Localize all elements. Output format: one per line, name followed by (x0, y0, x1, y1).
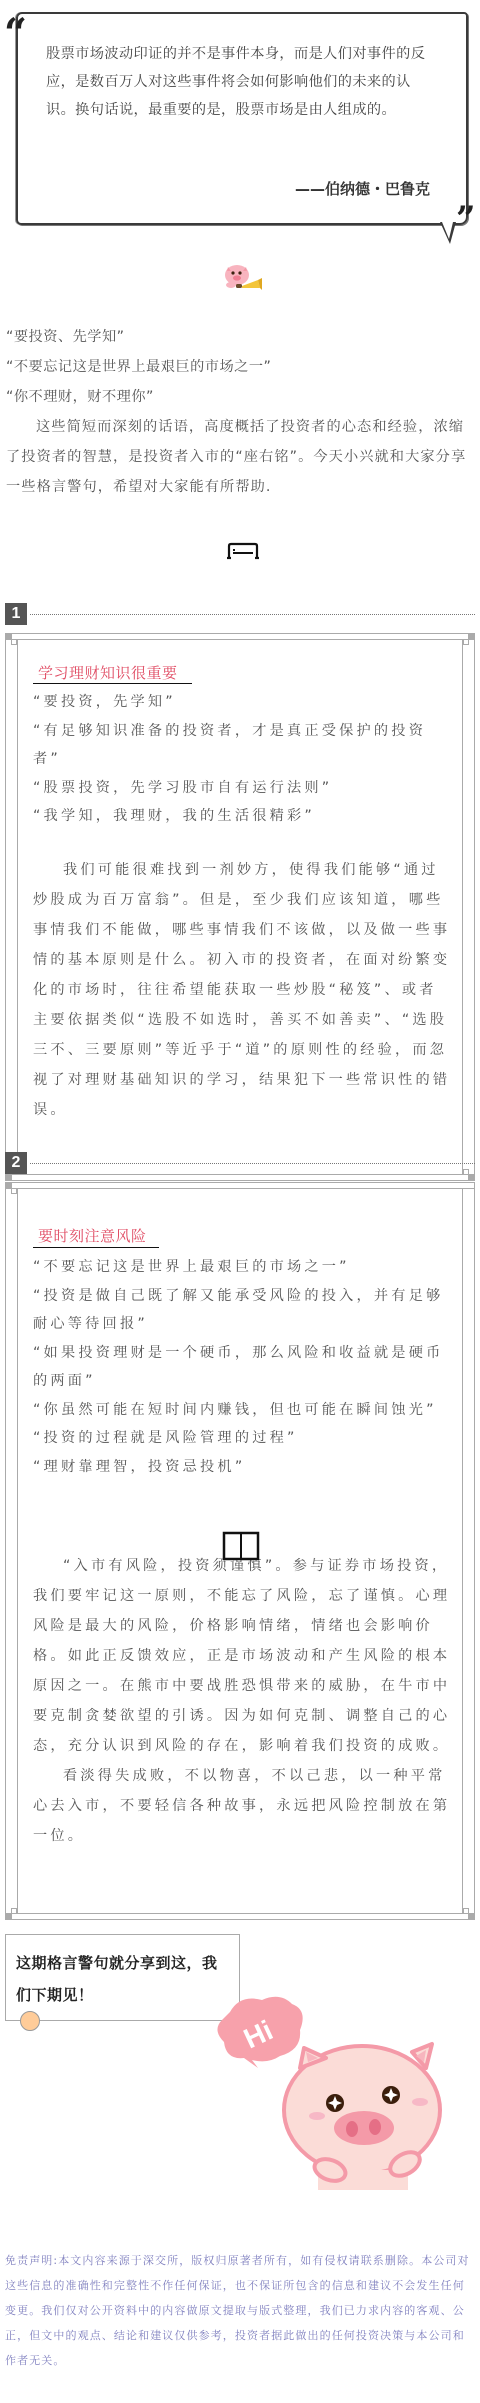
corner-ornament (11, 639, 17, 645)
corner-ornament (463, 1169, 469, 1175)
quote-line: “要投资，先学知” (33, 688, 453, 717)
corner-ornament (11, 1188, 17, 1194)
open-book-icon (222, 1531, 260, 1561)
section-number-badge: 1 (5, 603, 27, 625)
quote-text: 股票市场波动印证的并不是事件本身，而是人们对事件的反应，是数百万人对这些事件将会… (46, 40, 426, 124)
section-paragraph: “入市有风险，投资须谨慎”。参与证券市场投资，我们要牢记这一原则，不能忘了风险，… (33, 1551, 453, 1761)
intro-paragraph: 这些简短而深刻的话语，高度概括了投资者的心态和经验，浓缩了投资者的智慧，是投资者… (6, 412, 474, 502)
closing-dot (20, 2011, 40, 2031)
bubble-tail-inner (442, 222, 453, 239)
dotted-rule (30, 1163, 475, 1164)
corner-ornament (463, 1908, 469, 1914)
quote-line: “投资的过程就是风险管理的过程” (33, 1424, 453, 1453)
quote-line: “我学知，我理财，我的生活很精彩” (33, 802, 453, 831)
disclaimer: 免责声明:本文内容来源于深交所，版权归原著者所有，如有侵权请联系删除。本公司对这… (5, 2248, 475, 2373)
title-underline (33, 1247, 159, 1248)
intro-saying: “要投资、先学知” (6, 322, 474, 352)
intro: “要投资、先学知” “不要忘记这是世界上最艰巨的市场之一” “你不理财，财不理你… (6, 322, 474, 502)
section-1-frame: 学习理财知识很重要 “要投资，先学知” “有足够知识准备的投资者，才是真正受保护… (5, 633, 475, 1181)
section-title: 要时刻注意风险 (38, 1225, 147, 1246)
section-number-badge: 2 (5, 1152, 27, 1174)
section-title: 学习理财知识很重要 (38, 662, 178, 683)
corner-ornament (463, 639, 469, 645)
intro-saying: “你不理财，财不理你” (6, 382, 474, 412)
quote-line: “有足够知识准备的投资者，才是真正受保护的投资者” (33, 717, 453, 774)
section-paragraph: 看淡得失成败，不以物喜，不以己悲，以一种平常心去入市，不要轻信各种故事，永远把风… (33, 1761, 453, 1851)
quote-line: “投资是做自己既了解又能承受风险的投入，并有足够耐心等待回报” (33, 1282, 453, 1339)
quote-line: “理财靠理智，投资忌投机” (33, 1453, 453, 1482)
pig-hi-sticker: Hi (200, 1992, 460, 2192)
quote-line: “股票投资，先学习股市自有运行法则” (33, 774, 453, 803)
close-quote-icon: ” (456, 202, 476, 236)
pig-with-horn-icon (222, 262, 264, 294)
quote-line: “你虽然可能在短时间内赚钱，但也可能在瞬间蚀光” (33, 1396, 453, 1425)
quote-author: ——伯纳德・巴鲁克 (295, 178, 430, 199)
closing-text: 这期格言警句就分享到这，我们下期见！ (16, 1947, 226, 2011)
corner-ornament (11, 1908, 17, 1914)
quote-line: “如果投资理财是一个硬币，那么风险和收益就是硬币的两面” (33, 1339, 453, 1396)
open-quote-icon: “ (4, 14, 27, 54)
section-body: “要投资，先学知” “有足够知识准备的投资者，才是真正受保护的投资者” “股票投… (33, 688, 453, 1125)
quote-line: “不要忘记这是世界上最艰巨的市场之一” (33, 1253, 453, 1282)
intro-saying: “不要忘记这是世界上最艰巨的市场之一” (6, 352, 474, 382)
title-underline (33, 683, 192, 684)
spacer (33, 831, 453, 855)
section-paragraph: 我们可能很难找到一剂妙方，使得我们能够“通过炒股成为百万富翁”。但是，至少我们应… (33, 855, 453, 1125)
bed-frame-icon (226, 541, 260, 561)
dotted-rule (30, 614, 475, 615)
